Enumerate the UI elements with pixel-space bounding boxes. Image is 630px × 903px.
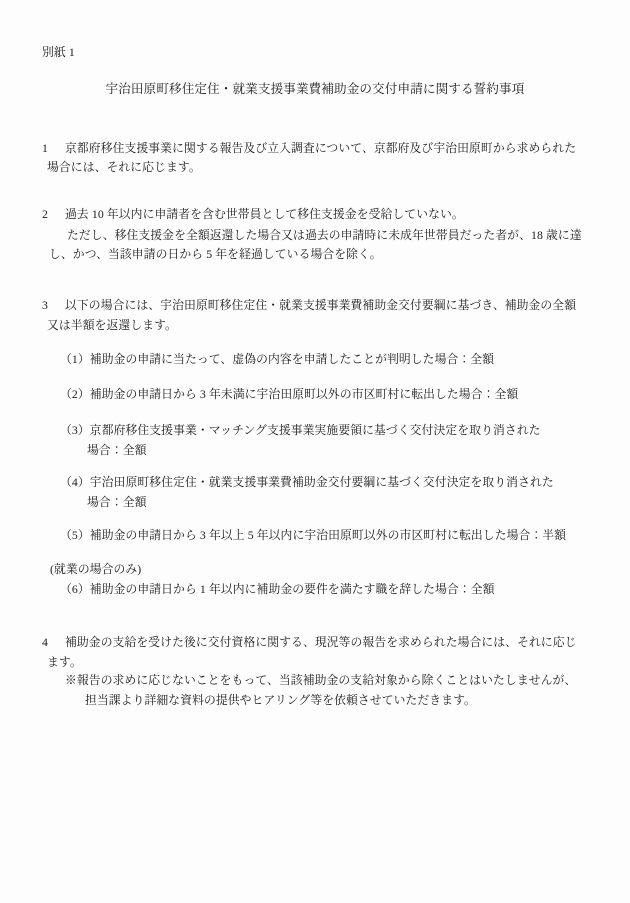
subclause-4-line-1: 場合：全額 xyxy=(87,495,147,509)
subclause-3-line-1: 場合：全額 xyxy=(87,443,147,457)
clause-1-line-1: 場合には、それに応じます。 xyxy=(47,160,201,174)
clause-4-line-3: 担当課より詳細な資料の提供やヒアリング等を依頼させていただきます。 xyxy=(85,693,476,707)
document-page: 別紙 1 宇治田原町移住定住・就業支援事業費補助金の交付申請に関する誓約事項 1… xyxy=(0,0,630,903)
subclause-4-line-0: （4）宇治田原町移住定住・就業支援事業費補助金交付要綱に基づく交付決定を取り消さ… xyxy=(60,475,554,489)
subclause-3-line-0: （3）京都府移住支援事業・マッチング支援事業実施要領に基づく交付決定を取り消され… xyxy=(60,423,541,437)
clause-4-line-0: 補助金の支給を受けた後に交付資格に関する、現況等の報告を求められた場合には、それ… xyxy=(65,635,577,649)
employment-note: (就業の場合のみ) xyxy=(50,562,141,576)
subclause-1-line-0: （1）補助金の申請に当たって、虚偽の内容を申請したことが判明した場合：全額 xyxy=(60,352,494,366)
subclause-6-line-0: （6）補助金の申請日から 1 年以内に補助金の要件を満たす職を辞した場合：全額 xyxy=(60,582,495,596)
clause-4-line-1: ます。 xyxy=(47,655,82,669)
clause-1-line-0: 京都府移住支援事業に関する報告及び立入調査について、京都府及び宇治田原町から求め… xyxy=(65,141,576,155)
clause-3-line-1: 又は半額を返還します。 xyxy=(47,318,177,332)
clause-4-line-2: ※報告の求めに応じないことをもって、当該補助金の支給対象から除くことはいたしませ… xyxy=(65,673,576,687)
clause-4-number: 4 xyxy=(42,635,48,649)
clause-2-line-1: ただし、移住支援金を全額返還した場合又は過去の申請時に未成年世帯員だった者が、1… xyxy=(67,228,582,242)
clause-2-line-0: 過去 10 年以内に申請者を含む世帯員として移住支援金を受給していない。 xyxy=(65,207,464,221)
clause-3-number: 3 xyxy=(42,298,48,312)
clause-3-line-0: 以下の場合には、宇治田原町移住定住・就業支援事業費補助金交付要綱に基づき、補助金… xyxy=(65,298,576,312)
clause-1-number: 1 xyxy=(42,141,48,155)
document-title: 宇治田原町移住定住・就業支援事業費補助金の交付申請に関する誓約事項 xyxy=(0,82,630,97)
clause-2-line-2: し、かつ、当該申請の日から 5 年を経過している場合を除く。 xyxy=(49,247,382,261)
subclause-2-line-0: （2）補助金の申請日から 3 年未満に宇治田原町以外の市区町村に転出した場合：全… xyxy=(60,387,518,401)
subclause-5-line-0: （5）補助金の申請日から 3 年以上 5 年以内に宇治田原町以外の市区町村に転出… xyxy=(60,528,566,542)
clause-2-number: 2 xyxy=(42,207,48,221)
attachment-label: 別紙 1 xyxy=(42,45,75,59)
